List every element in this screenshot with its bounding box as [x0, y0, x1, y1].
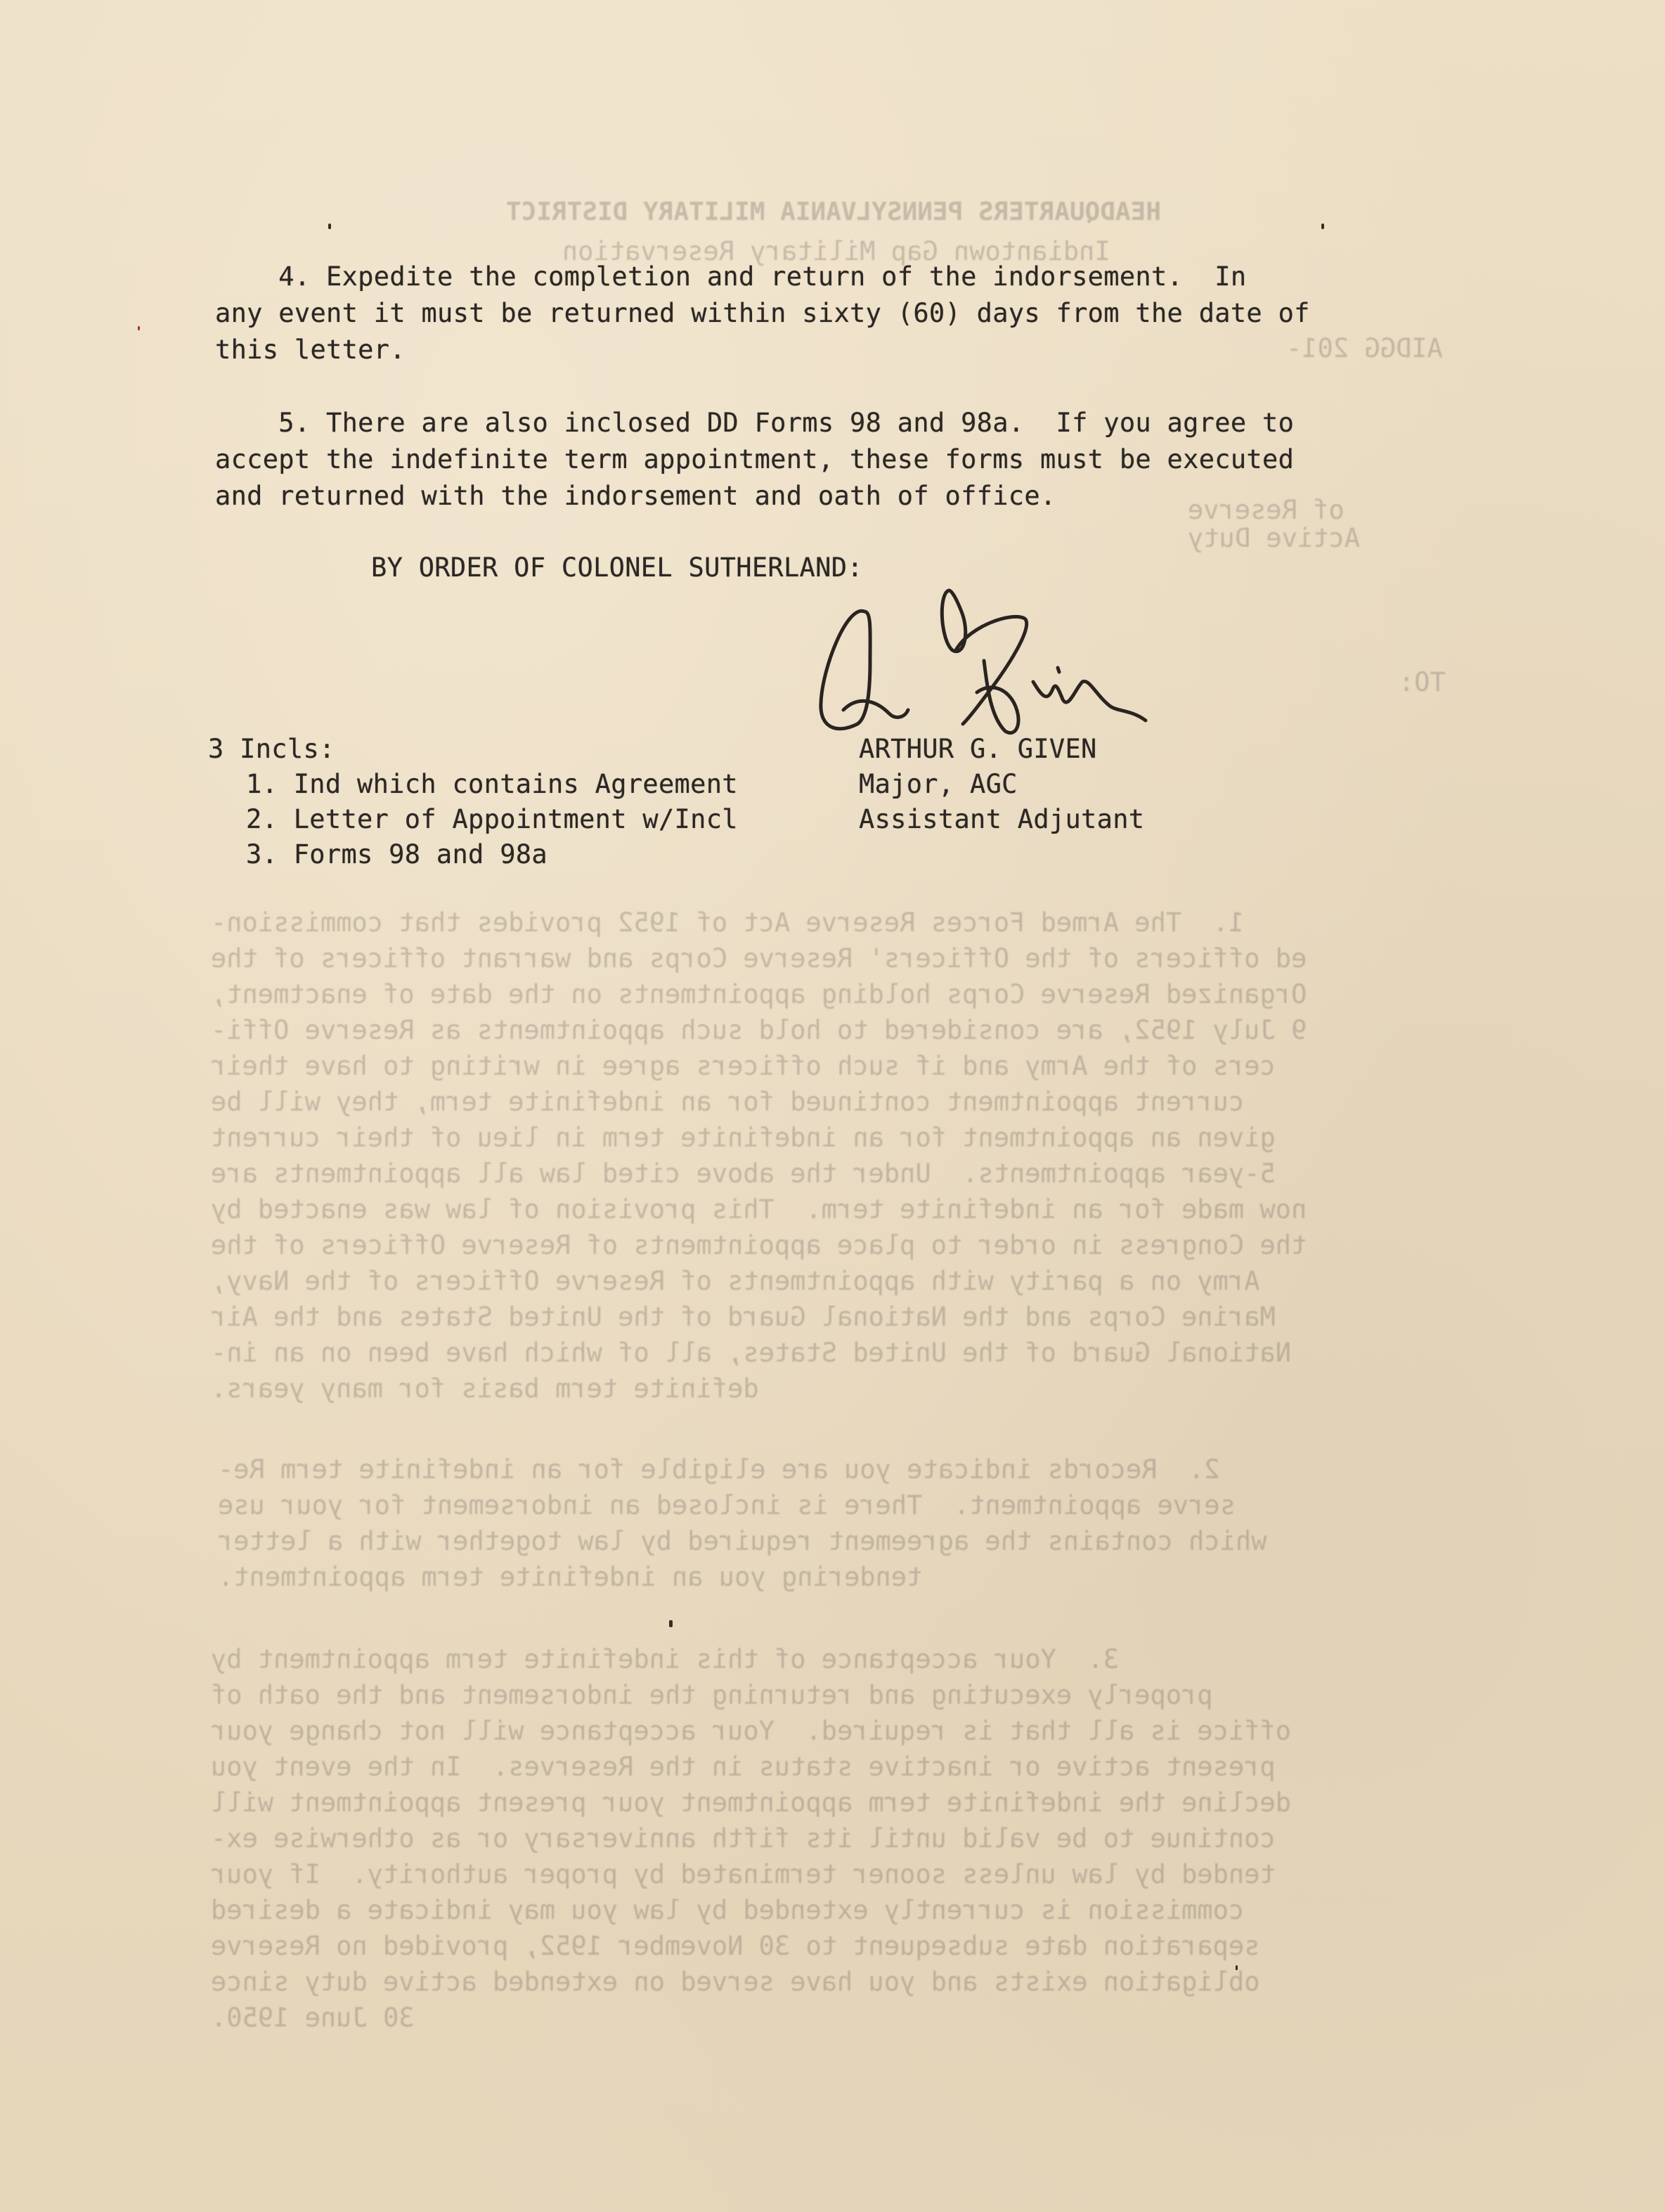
ghost-header-line-1: HEADQUARTERS PENNSYLVANIA MILITARY DISTR…	[506, 194, 1161, 230]
para5-line-2: accept the indefinite term appointment, …	[215, 441, 1294, 478]
paper-speck	[328, 224, 331, 229]
signer-rank: Major, AGC	[859, 766, 1018, 803]
handwritten-signature	[780, 583, 1300, 752]
inclosures-heading: 3 Incls:	[208, 731, 335, 768]
paper-speck	[1321, 224, 1324, 229]
ghost-line: given an appointment for an indefinite t…	[211, 1120, 1276, 1156]
ghost-line: continue to be valid until its fifth ann…	[211, 1820, 1276, 1856]
ghost-line: present active or inactive status in the…	[211, 1749, 1276, 1785]
ghost-line: obligation exists and you have served on…	[211, 1964, 1259, 2000]
ghost-line: tendering you an indefinite term appoint…	[218, 1559, 922, 1595]
ghost-line: definite term basis for many years.	[211, 1371, 759, 1406]
ghost-line: separation date subsequent to 30 Novembe…	[211, 1928, 1259, 1964]
para5-line-1: 5. There are also inclosed DD Forms 98 a…	[215, 405, 1294, 441]
authority-line: BY ORDER OF COLONEL SUTHERLAND:	[371, 550, 863, 586]
ghost-line: 1. The Armed Forces Reserve Act of 1952 …	[211, 905, 1307, 940]
ghost-line: Army on a parity with appointments of Re…	[211, 1263, 1259, 1299]
paper-speck	[138, 326, 140, 330]
ghost-line: 3. Your acceptance of this indefinite te…	[211, 1641, 1181, 1677]
paper-speck	[1236, 1965, 1238, 1970]
ghost-line: 9 July 1952, are considered to hold such…	[211, 1012, 1307, 1048]
ghost-line: Organized Reserve Corps holding appointm…	[211, 976, 1307, 1012]
ghost-line: properly executing and returning the ind…	[211, 1677, 1213, 1713]
ghost-line: 5-year appointments. Under the above cit…	[211, 1156, 1276, 1191]
ghost-ref: AIDGG 201-	[1286, 330, 1443, 366]
letter-page: HEADQUARTERS PENNSYLVANIA MILITARY DISTR…	[0, 0, 1665, 2212]
ghost-line: which contains the agreement required by…	[218, 1523, 1266, 1559]
ghost-to-label: TO:	[1399, 664, 1446, 700]
ghost-line: serve appointment. There is inclosed an …	[218, 1487, 1236, 1523]
para4-line-1: 4. Expedite the completion and return of…	[215, 259, 1246, 295]
ghost-line: decline the indefinite term appointment …	[211, 1785, 1291, 1820]
ghost-line: current appointment continued for an ind…	[211, 1084, 1244, 1120]
inclosure-item: 3. Forms 98 and 98a	[246, 836, 548, 873]
ghost-line: ed officers of the Officers' Reserve Cor…	[211, 940, 1307, 976]
signer-name: ARTHUR G. GIVEN	[859, 731, 1097, 768]
signer-title: Assistant Adjutant	[859, 801, 1144, 838]
ghost-line: 2. Records indicate you are eligible for…	[218, 1451, 1283, 1487]
para5-line-3: and returned with the indorsement and oa…	[215, 478, 1056, 515]
ghost-line: tended by law unless sooner terminated b…	[211, 1856, 1276, 1892]
ghost-line: 30 June 1950.	[211, 2000, 415, 2036]
para4-line-2: any event it must be returned within six…	[215, 295, 1310, 332]
ghost-line: commission is currently extended by law …	[211, 1892, 1244, 1928]
ghost-subject-2: Active Duty	[1188, 520, 1360, 556]
ghost-line: now made for an indefinite term. This pr…	[211, 1191, 1307, 1227]
ghost-line: the Congress in order to place appointme…	[211, 1227, 1307, 1263]
ghost-line: office is all that is required. Your acc…	[211, 1713, 1291, 1749]
ghost-line: National Guard of the United States, all…	[211, 1335, 1291, 1371]
ghost-line: Marine Corps and the National Guard of t…	[211, 1299, 1276, 1335]
ghost-line: cers of the Army and if such officers ag…	[211, 1048, 1276, 1084]
inclosure-item: 2. Letter of Appointment w/Incl	[246, 801, 738, 838]
para4-line-3: this letter.	[215, 332, 406, 368]
paper-speck	[669, 1620, 673, 1627]
inclosure-item: 1. Ind which contains Agreement	[246, 766, 738, 803]
